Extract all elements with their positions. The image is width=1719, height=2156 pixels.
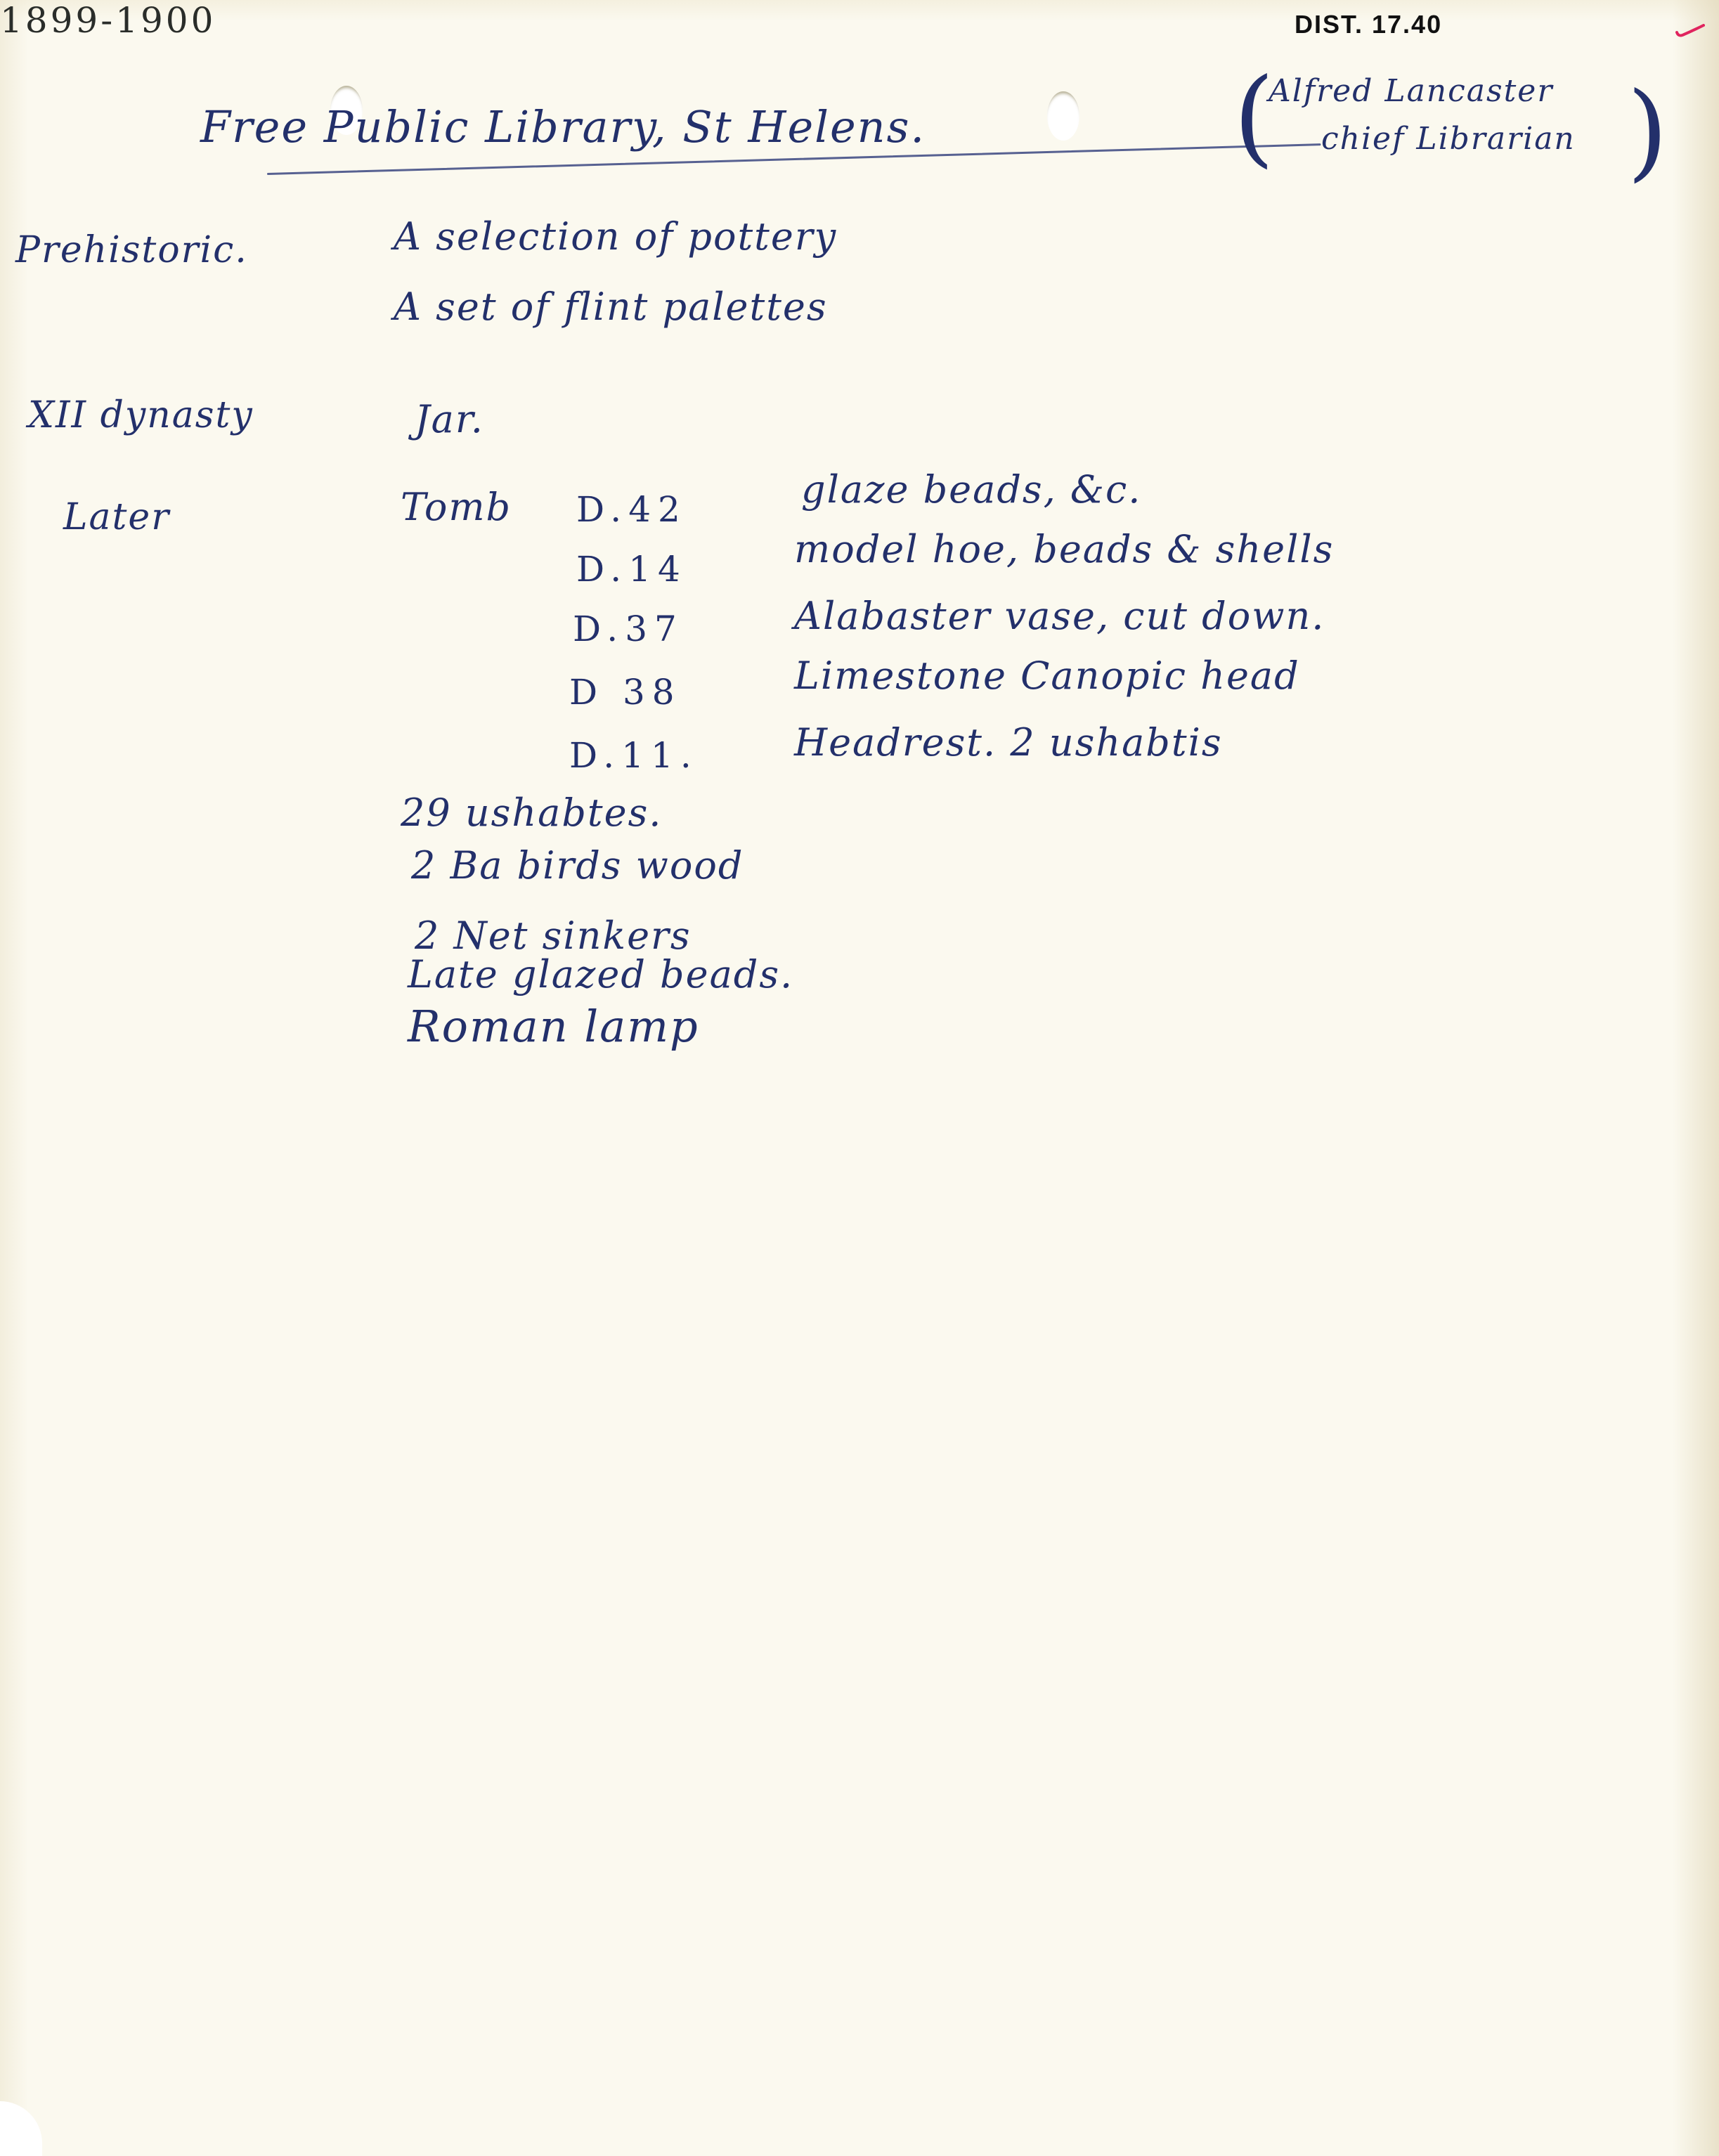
reference-stamp: DIST. 17.40 (1295, 10, 1442, 39)
period-prehistoric: Prehistoric. (15, 232, 248, 268)
item-flint-palettes: A set of flint palettes (394, 288, 828, 326)
check-mark-icon (1674, 24, 1705, 38)
tomb-desc-d42: glaze beads, &c. (801, 471, 1141, 509)
tomb-code-d11: D.11. (569, 738, 699, 773)
document-page: DIST. 17.40 Free Public Library, St Hele… (0, 0, 1719, 2156)
item-late-glazed-beads: Late glazed beads. (408, 956, 793, 994)
item-ba-birds: 2 Ba birds wood (411, 847, 744, 885)
punch-hole (1047, 91, 1079, 141)
librarian-name: Alfred Lancaster (1269, 76, 1553, 107)
item-jar: Jar. (415, 401, 484, 439)
period-later: Later (63, 499, 170, 535)
tomb-code-d37: D.37 (573, 611, 684, 647)
item-roman-lamp: Roman lamp (408, 1005, 699, 1048)
librarian-role: chief Librarian (1321, 124, 1576, 155)
paren-close: ) (1627, 79, 1668, 184)
period-xii-dynasty: XII dynasty (28, 397, 254, 434)
tomb-desc-d14: model hoe, beads & shells (794, 531, 1334, 569)
document-title: Free Public Library, St Helens. (200, 105, 926, 149)
tomb-code-d42: D.42 (576, 492, 687, 527)
tomb-desc-d11: Headrest. 2 ushabtis (794, 724, 1223, 762)
tomb-desc-d38: Limestone Canopic head (794, 657, 1300, 695)
page-corner-fold (0, 2101, 42, 2156)
tomb-desc-d37: Alabaster vase, cut down. (794, 597, 1325, 635)
date-range: 1899-1900 (0, 0, 1719, 41)
tomb-code-d38: D 38 (569, 675, 682, 710)
tomb-label: Tomb (401, 488, 512, 526)
item-net-sinkers: 2 Net sinkers (415, 917, 692, 955)
item-selection-of-pottery: A selection of pottery (394, 218, 837, 256)
item-ushabtes: 29 ushabtes. (401, 794, 662, 832)
tomb-code-d14: D.14 (576, 552, 687, 587)
